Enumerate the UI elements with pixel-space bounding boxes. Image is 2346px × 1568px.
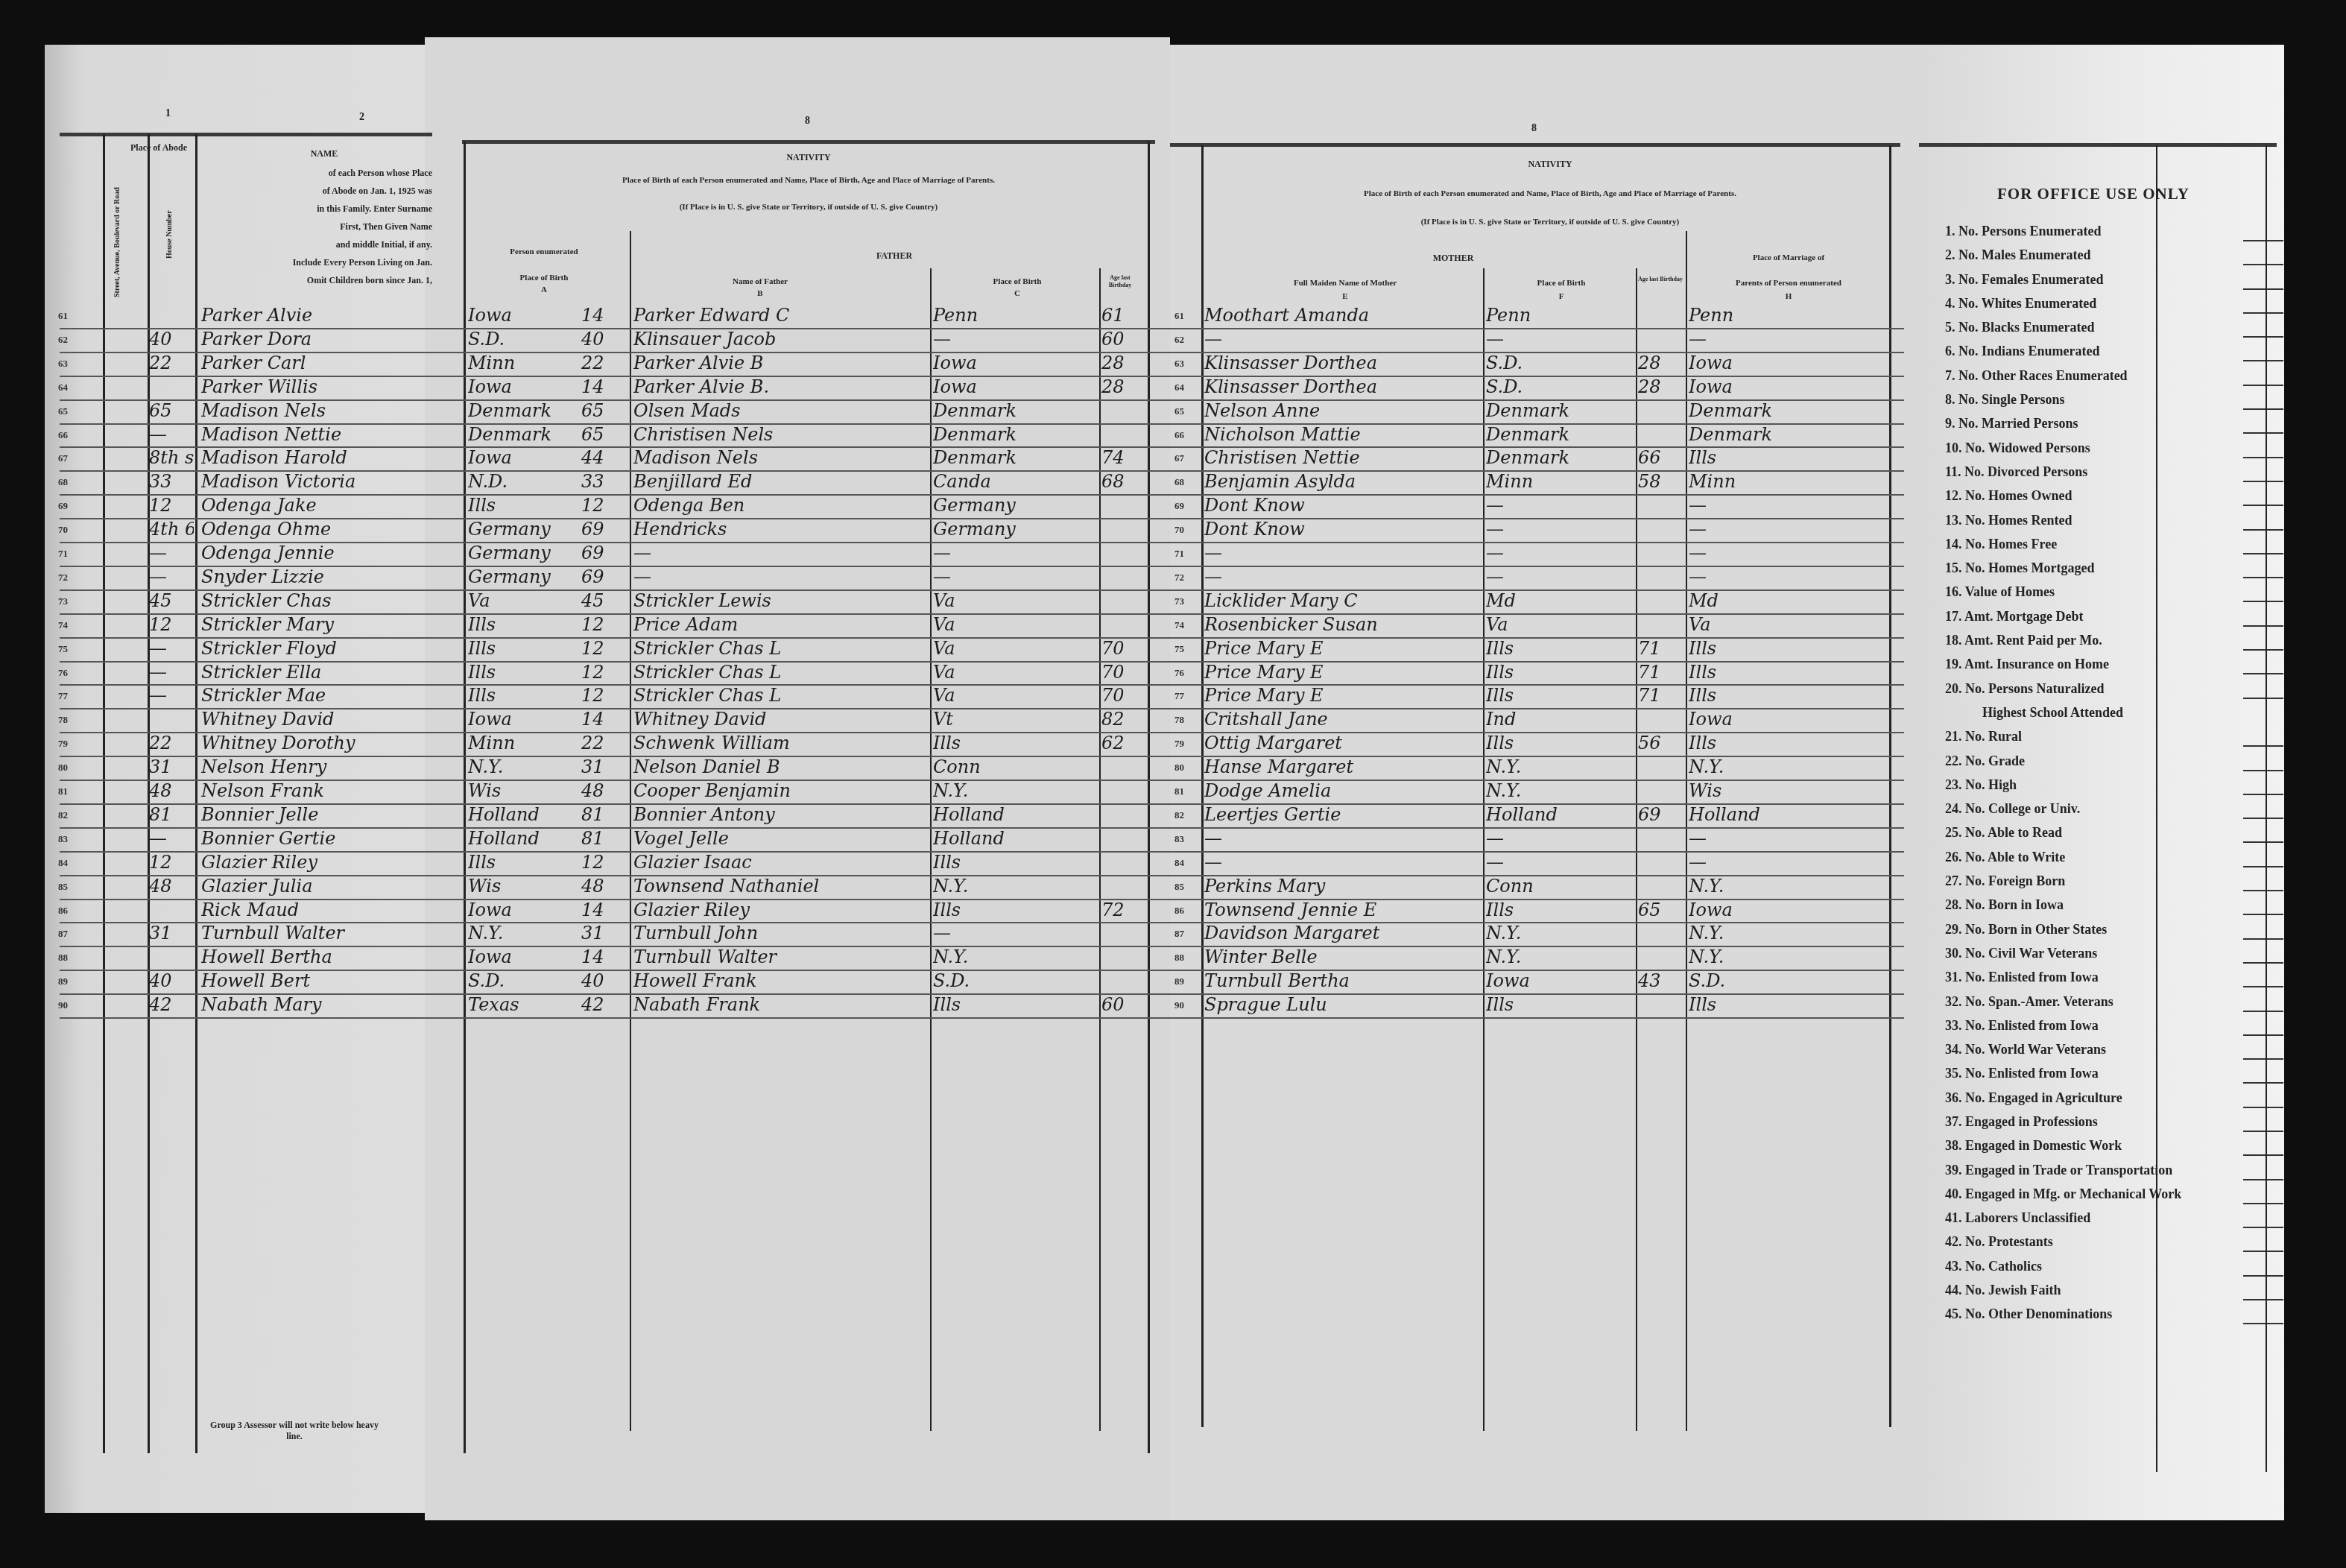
- name-instruction-line: Omit Children born since Jan. 1,: [224, 271, 432, 289]
- office-item: 41. Laborers Unclassified: [1945, 1210, 2273, 1234]
- cell-mother-birth: Conn: [1486, 875, 1635, 899]
- cell-father-birth: N.Y.: [933, 946, 1097, 970]
- cell-father-birth: Denmark: [933, 446, 1097, 470]
- cell-father: Madison Nels: [633, 446, 924, 470]
- office-item-blank-field: [2243, 408, 2283, 410]
- cell-marriage: —: [1689, 566, 1887, 589]
- cell-name: Nelson Henry: [201, 756, 432, 780]
- cell-age: 44: [581, 446, 626, 470]
- col-g-header: Age last Birthday: [1638, 276, 1683, 283]
- cell-house: —: [149, 661, 194, 685]
- row-line-number: 76: [1174, 667, 1184, 679]
- cell-mother-birth: Denmark: [1486, 446, 1635, 470]
- cell-name: Strickler Floyd: [201, 637, 432, 661]
- cell-name: Strickler Mary: [201, 613, 432, 637]
- cell-father: Strickler Chas L: [633, 661, 924, 685]
- row-divider: [60, 1017, 1904, 1019]
- cell-name: Nelson Frank: [201, 780, 432, 803]
- cell-mother-birth: S.D.: [1486, 376, 1635, 399]
- row-line-number: 65: [1174, 405, 1184, 417]
- row-line-number: 62: [58, 334, 68, 346]
- cell-father: Whitney David: [633, 708, 924, 732]
- office-item-blank-field: [2243, 794, 2283, 795]
- cell-mother-birth: Penn: [1486, 304, 1635, 328]
- cell-birth: Iowa: [468, 376, 580, 399]
- office-use-title: FOR OFFICE USE ONLY: [1997, 185, 2190, 203]
- office-item-label: 40. Engaged in Mfg. or Mechanical Work: [1945, 1186, 2181, 1201]
- office-item-blank-field: [2243, 553, 2283, 554]
- office-item-blank-field: [2243, 698, 2283, 699]
- cell-father: Olsen Mads: [633, 399, 924, 423]
- row-line-number: 71: [1174, 548, 1184, 560]
- cell-mother-age: [1638, 494, 1683, 518]
- cell-birth: Ills: [468, 851, 580, 875]
- cell-father-birth: Va: [933, 613, 1097, 637]
- column-number-1: 1: [165, 108, 171, 120]
- row-line-number: 69: [1174, 500, 1184, 512]
- office-item-blank-field: [2243, 288, 2283, 290]
- cell-father: Nabath Frank: [633, 993, 924, 1017]
- row-line-number: 69: [58, 500, 68, 512]
- name-instruction-line: of Abode on Jan. 1, 1925 was: [224, 182, 432, 200]
- cell-father-birth: Ills: [933, 732, 1097, 756]
- cell-birth: N.D.: [468, 470, 580, 494]
- cell-mother: Perkins Mary: [1204, 875, 1482, 899]
- row-line-number: 83: [1174, 833, 1184, 845]
- row-line-number: 74: [1174, 619, 1184, 631]
- cell-marriage: N.Y.: [1689, 875, 1887, 899]
- cell-father-birth: —: [933, 542, 1097, 566]
- cell-father-age: [1101, 399, 1146, 423]
- cell-name: Whitney David: [201, 708, 432, 732]
- cell-mother: Licklider Mary C: [1204, 589, 1482, 613]
- cell-mother-age: 56: [1638, 732, 1683, 756]
- office-item: 10. No. Widowed Persons: [1945, 440, 2273, 464]
- cell-age: 69: [581, 566, 626, 589]
- office-item: 11. No. Divorced Persons: [1945, 464, 2273, 488]
- cell-father: Odenga Ben: [633, 494, 924, 518]
- cell-house: 42: [149, 993, 194, 1017]
- cell-house: 48: [149, 875, 194, 899]
- office-item-label: 36. No. Engaged in Agriculture: [1945, 1090, 2122, 1105]
- cell-age: 65: [581, 423, 626, 447]
- cell-father-age: [1101, 851, 1146, 875]
- cell-father-birth: Va: [933, 684, 1097, 708]
- cell-age: 65: [581, 399, 626, 423]
- cell-birth: Germany: [468, 518, 580, 542]
- office-item: 5. No. Blacks Enumerated: [1945, 320, 2273, 344]
- cell-marriage: Iowa: [1689, 352, 1887, 376]
- office-item-label: 8. No. Single Persons: [1945, 392, 2065, 407]
- cell-mother: Leertjes Gertie: [1204, 803, 1482, 827]
- cell-age: 14: [581, 304, 626, 328]
- office-item-blank-field: [2243, 625, 2283, 627]
- office-item-blank-field: [2243, 312, 2283, 314]
- cell-mother-age: 71: [1638, 637, 1683, 661]
- cell-age: 14: [581, 946, 626, 970]
- cell-mother-birth: —: [1486, 566, 1635, 589]
- cell-father-age: 68: [1101, 470, 1146, 494]
- cell-mother: Klinsasser Dorthea: [1204, 352, 1482, 376]
- cell-house: —: [149, 566, 194, 589]
- cell-mother-age: [1638, 589, 1683, 613]
- cell-father-birth: Germany: [933, 494, 1097, 518]
- office-item: 19. Amt. Insurance on Home: [1945, 657, 2273, 680]
- office-item: 40. Engaged in Mfg. or Mechanical Work: [1945, 1186, 2273, 1210]
- office-item: 16. Value of Homes: [1945, 584, 2273, 608]
- cell-father-birth: Denmark: [933, 399, 1097, 423]
- office-item-label: 26. No. Able to Write: [1945, 850, 2065, 864]
- cell-mother: Moothart Amanda: [1204, 304, 1482, 328]
- cell-birth: Ills: [468, 494, 580, 518]
- footnote: Group 3 Assessor will not write below he…: [201, 1420, 388, 1442]
- cell-father: Glazier Riley: [633, 899, 924, 923]
- cell-father: Cooper Benjamin: [633, 780, 924, 803]
- office-item-label: 17. Amt. Mortgage Debt: [1945, 609, 2083, 624]
- cell-age: 69: [581, 542, 626, 566]
- office-item: Highest School Attended: [1945, 705, 2273, 729]
- cell-mother: Sprague Lulu: [1204, 993, 1482, 1017]
- row-line-number: 77: [58, 690, 68, 702]
- cell-father: Parker Alvie B: [633, 352, 924, 376]
- cell-birth: Wis: [468, 780, 580, 803]
- cell-mother: —: [1204, 827, 1482, 851]
- cell-mother: —: [1204, 851, 1482, 875]
- cell-father: Strickler Lewis: [633, 589, 924, 613]
- nativity-instructions-line1: Place of Birth of each Person enumerated…: [462, 174, 1155, 186]
- office-item-blank-field: [2243, 1323, 2283, 1324]
- name-instruction-line: and middle Initial, if any.: [224, 235, 432, 253]
- cell-father: Vogel Jelle: [633, 827, 924, 851]
- col-h-header: Parents of Person enumerated: [1692, 277, 1885, 289]
- cell-birth: Iowa: [468, 899, 580, 923]
- office-item-blank-field: [2243, 673, 2283, 674]
- cell-name: Madison Nels: [201, 399, 432, 423]
- row-line-number: 79: [58, 738, 68, 750]
- cell-mother-age: [1638, 542, 1683, 566]
- cell-name: Glazier Riley: [201, 851, 432, 875]
- office-item: 1. No. Persons Enumerated: [1945, 224, 2273, 247]
- cell-age: 12: [581, 613, 626, 637]
- cell-mother-birth: S.D.: [1486, 352, 1635, 376]
- cell-mother-birth: Denmark: [1486, 423, 1635, 447]
- office-item: 9. No. Married Persons: [1945, 416, 2273, 440]
- cell-marriage: Penn: [1689, 304, 1887, 328]
- cell-house: 48: [149, 780, 194, 803]
- cell-marriage: Holland: [1689, 803, 1887, 827]
- row-line-number: 75: [58, 643, 68, 655]
- cell-house: 40: [149, 328, 194, 352]
- office-item-label: 43. No. Catholics: [1945, 1259, 2042, 1274]
- cell-mother-birth: —: [1486, 494, 1635, 518]
- office-item-blank-field: [2243, 264, 2283, 265]
- cell-name: Glazier Julia: [201, 875, 432, 899]
- cell-birth: Denmark: [468, 399, 580, 423]
- cell-marriage: Ills: [1689, 684, 1887, 708]
- cell-marriage: —: [1689, 494, 1887, 518]
- office-item: 18. Amt. Rent Paid per Mo.: [1945, 633, 2273, 657]
- cell-father: Turnbull John: [633, 922, 924, 946]
- cell-name: Parker Alvie: [201, 304, 432, 328]
- row-line-number: 63: [1174, 358, 1184, 370]
- cell-name: Nabath Mary: [201, 993, 432, 1017]
- cell-mother-age: [1638, 922, 1683, 946]
- office-item-label: 24. No. College or Univ.: [1945, 801, 2080, 816]
- col-f-header: Place of Birth: [1487, 277, 1636, 289]
- place-of-abode-header: Place of Abode: [110, 142, 207, 154]
- office-item-blank-field: [2243, 529, 2283, 531]
- cell-house: 12: [149, 613, 194, 637]
- cell-mother-birth: —: [1486, 827, 1635, 851]
- cell-father-age: 74: [1101, 446, 1146, 470]
- office-item-label: 19. Amt. Insurance on Home: [1945, 657, 2109, 671]
- row-line-number: 89: [1174, 976, 1184, 987]
- cell-birth: Texas: [468, 993, 580, 1017]
- cell-mother-birth: Ills: [1486, 899, 1635, 923]
- cell-marriage: Minn: [1689, 470, 1887, 494]
- office-item: 27. No. Foreign Born: [1945, 873, 2273, 897]
- cell-birth: Germany: [468, 566, 580, 589]
- cell-birth: Ills: [468, 613, 580, 637]
- cell-father-age: [1101, 946, 1146, 970]
- office-item-label: 7. No. Other Races Enumerated: [1945, 368, 2128, 383]
- row-line-number: 77: [1174, 690, 1184, 702]
- cell-birth: Wis: [468, 875, 580, 899]
- office-item-blank-field: [2243, 890, 2283, 891]
- cell-house: 65: [149, 399, 194, 423]
- cell-birth: S.D.: [468, 328, 580, 352]
- cell-mother-age: [1638, 708, 1683, 732]
- cell-father-age: [1101, 922, 1146, 946]
- office-item-label: 37. Engaged in Professions: [1945, 1114, 2098, 1129]
- cell-father-birth: N.Y.: [933, 780, 1097, 803]
- house-number-header: House Number: [164, 179, 194, 291]
- cell-marriage: Iowa: [1689, 899, 1887, 923]
- office-item: 26. No. Able to Write: [1945, 850, 2273, 873]
- office-item-blank-field: [2243, 1034, 2283, 1036]
- office-item: 30. No. Civil War Veterans: [1945, 946, 2273, 970]
- cell-name: Odenga Jennie: [201, 542, 432, 566]
- row-line-number: 90: [1174, 999, 1184, 1011]
- street-header: Street, Avenue, Boulevard or Road: [112, 179, 156, 306]
- office-item-blank-field: [2243, 1203, 2283, 1204]
- cell-mother-age: 69: [1638, 803, 1683, 827]
- office-item-blank-field: [2243, 432, 2283, 434]
- cell-father-birth: Conn: [933, 756, 1097, 780]
- cell-birth: Denmark: [468, 423, 580, 447]
- office-item: 43. No. Catholics: [1945, 1259, 2273, 1283]
- office-item-label: 33. No. Enlisted from Iowa: [1945, 1018, 2099, 1033]
- cell-age: 12: [581, 637, 626, 661]
- row-line-number: 70: [58, 524, 68, 536]
- cell-name: Bonnier Gertie: [201, 827, 432, 851]
- row-line-number: 90: [58, 999, 68, 1011]
- cell-mother: Winter Belle: [1204, 946, 1482, 970]
- row-line-number: 82: [58, 809, 68, 821]
- col-b-header: Name of Father: [656, 276, 864, 288]
- office-item: 21. No. Rural: [1945, 729, 2273, 753]
- cell-marriage: —: [1689, 518, 1887, 542]
- cell-marriage: Iowa: [1689, 376, 1887, 399]
- office-item-label: 1. No. Persons Enumerated: [1945, 224, 2102, 238]
- cell-father-age: 72: [1101, 899, 1146, 923]
- person-enumerated-header: Person enumerated: [477, 246, 611, 258]
- cell-name: Snyder Lizzie: [201, 566, 432, 589]
- row-line-number: 64: [58, 382, 68, 393]
- row-line-number: 80: [1174, 762, 1184, 774]
- cell-mother-age: 71: [1638, 661, 1683, 685]
- cell-mother: Price Mary E: [1204, 661, 1482, 685]
- cell-mother-age: 66: [1638, 446, 1683, 470]
- office-item-label: 13. No. Homes Rented: [1945, 513, 2072, 528]
- office-item-blank-field: [2243, 505, 2283, 506]
- cell-father-age: [1101, 780, 1146, 803]
- cell-father: —: [633, 542, 924, 566]
- cell-mother: —: [1204, 566, 1482, 589]
- office-item-label: 38. Engaged in Domestic Work: [1945, 1138, 2122, 1153]
- cell-father: Parker Edward C: [633, 304, 924, 328]
- cell-mother: Davidson Margaret: [1204, 922, 1482, 946]
- office-item-blank-field: [2243, 1227, 2283, 1228]
- row-line-number: 73: [1174, 595, 1184, 607]
- cell-house: 22: [149, 732, 194, 756]
- cell-mother-birth: Va: [1486, 613, 1635, 637]
- cell-house: 31: [149, 922, 194, 946]
- cell-father-age: 70: [1101, 684, 1146, 708]
- office-item-blank-field: [2243, 770, 2283, 771]
- office-item: 36. No. Engaged in Agriculture: [1945, 1090, 2273, 1114]
- office-item-blank-field: [2243, 1275, 2283, 1277]
- office-item: 12. No. Homes Owned: [1945, 488, 2273, 512]
- cell-father-birth: —: [933, 566, 1097, 589]
- office-item-label: 25. No. Able to Read: [1945, 825, 2062, 840]
- office-item-label: 28. No. Born in Iowa: [1945, 897, 2064, 912]
- cell-house: 12: [149, 851, 194, 875]
- cell-father: Nelson Daniel B: [633, 756, 924, 780]
- cell-name: Howell Bertha: [201, 946, 432, 970]
- cell-name: Odenga Ohme: [201, 518, 432, 542]
- cell-mother: Ottig Margaret: [1204, 732, 1482, 756]
- cell-father-age: [1101, 970, 1146, 993]
- cell-father: Price Adam: [633, 613, 924, 637]
- office-item-label: Highest School Attended: [1982, 705, 2123, 720]
- row-line-number: 72: [1174, 572, 1184, 584]
- office-item-blank-field: [2243, 1058, 2283, 1060]
- office-item: 13. No. Homes Rented: [1945, 513, 2273, 537]
- row-line-number: 66: [58, 429, 68, 441]
- office-item: 8. No. Single Persons: [1945, 392, 2273, 416]
- office-item: 23. No. High: [1945, 777, 2273, 801]
- cell-house: 81: [149, 803, 194, 827]
- cell-marriage: Va: [1689, 613, 1887, 637]
- row-line-number: 88: [1174, 952, 1184, 964]
- cell-mother: Townsend Jennie E: [1204, 899, 1482, 923]
- row-line-number: 85: [1174, 881, 1184, 893]
- office-item: 7. No. Other Races Enumerated: [1945, 368, 2273, 392]
- cell-father-birth: —: [933, 328, 1097, 352]
- cell-mother: Nelson Anne: [1204, 399, 1482, 423]
- office-item-label: 15. No. Homes Mortgaged: [1945, 560, 2094, 575]
- cell-house: 45: [149, 589, 194, 613]
- cell-mother: Price Mary E: [1204, 684, 1482, 708]
- cell-mother-birth: N.Y.: [1486, 756, 1635, 780]
- cell-mother: Hanse Margaret: [1204, 756, 1482, 780]
- office-item-label: 3. No. Females Enumerated: [1945, 272, 2103, 287]
- office-item-label: 14. No. Homes Free: [1945, 537, 2057, 551]
- office-item-label: 21. No. Rural: [1945, 729, 2022, 744]
- row-line-number: 87: [1174, 928, 1184, 940]
- cell-age: 45: [581, 589, 626, 613]
- cell-birth: Ills: [468, 637, 580, 661]
- cell-birth: Holland: [468, 803, 580, 827]
- row-line-number: 78: [58, 714, 68, 726]
- cell-father-age: [1101, 756, 1146, 780]
- row-line-number: 72: [58, 572, 68, 584]
- cell-house: [149, 304, 194, 328]
- cell-age: 12: [581, 494, 626, 518]
- office-item-label: 44. No. Jewish Faith: [1945, 1283, 2061, 1297]
- office-item-blank-field: [2243, 1154, 2283, 1156]
- cell-name: Whitney Dorothy: [201, 732, 432, 756]
- cell-father-birth: N.Y.: [933, 875, 1097, 899]
- cell-father-age: [1101, 518, 1146, 542]
- office-item-label: 39. Engaged in Trade or Transportation: [1945, 1163, 2172, 1177]
- cell-father: Turnbull Walter: [633, 946, 924, 970]
- cell-father-birth: Canda: [933, 470, 1097, 494]
- row-line-number: 88: [58, 952, 68, 964]
- row-line-number: 61: [1174, 310, 1184, 322]
- office-item: 35. No. Enlisted from Iowa: [1945, 1066, 2273, 1090]
- cell-mother-age: [1638, 518, 1683, 542]
- office-item-blank-field: [2243, 481, 2283, 482]
- cell-name: Odenga Jake: [201, 494, 432, 518]
- row-line-number: 67: [58, 452, 68, 464]
- office-item-blank-field: [2243, 1299, 2283, 1300]
- cell-father-age: 60: [1101, 993, 1146, 1017]
- cell-age: 42: [581, 993, 626, 1017]
- cell-mother-birth: Holland: [1486, 803, 1635, 827]
- office-item: 28. No. Born in Iowa: [1945, 897, 2273, 921]
- cell-mother-birth: —: [1486, 328, 1635, 352]
- office-item: 33. No. Enlisted from Iowa: [1945, 1018, 2273, 1042]
- cell-mother-age: [1638, 780, 1683, 803]
- cell-age: 69: [581, 518, 626, 542]
- office-item-label: 32. No. Span.-Amer. Veterans: [1945, 994, 2113, 1009]
- row-line-number: 80: [58, 762, 68, 774]
- cell-father-birth: Penn: [933, 304, 1097, 328]
- cell-father-age: [1101, 542, 1146, 566]
- nativity-instructions-line2: (If Place is in U. S. give State or Terr…: [462, 201, 1155, 213]
- cell-mother-birth: Minn: [1486, 470, 1635, 494]
- cell-mother-age: [1638, 851, 1683, 875]
- cell-name: Rick Maud: [201, 899, 432, 923]
- cell-birth: Iowa: [468, 708, 580, 732]
- office-item-label: 45. No. Other Denominations: [1945, 1306, 2112, 1321]
- cell-mother-birth: —: [1486, 518, 1635, 542]
- row-line-number: 78: [1174, 714, 1184, 726]
- row-line-number: 71: [58, 548, 68, 560]
- office-item: 29. No. Born in Other States: [1945, 922, 2273, 946]
- row-line-number: 81: [1174, 785, 1184, 797]
- cell-house: —: [149, 542, 194, 566]
- cell-father-birth: Va: [933, 589, 1097, 613]
- cell-age: 31: [581, 756, 626, 780]
- cell-birth: Minn: [468, 732, 580, 756]
- col-a-header: Place of Birth: [477, 272, 611, 284]
- row-line-number: 64: [1174, 382, 1184, 393]
- cell-name: Strickler Chas: [201, 589, 432, 613]
- cell-father-birth: Ills: [933, 851, 1097, 875]
